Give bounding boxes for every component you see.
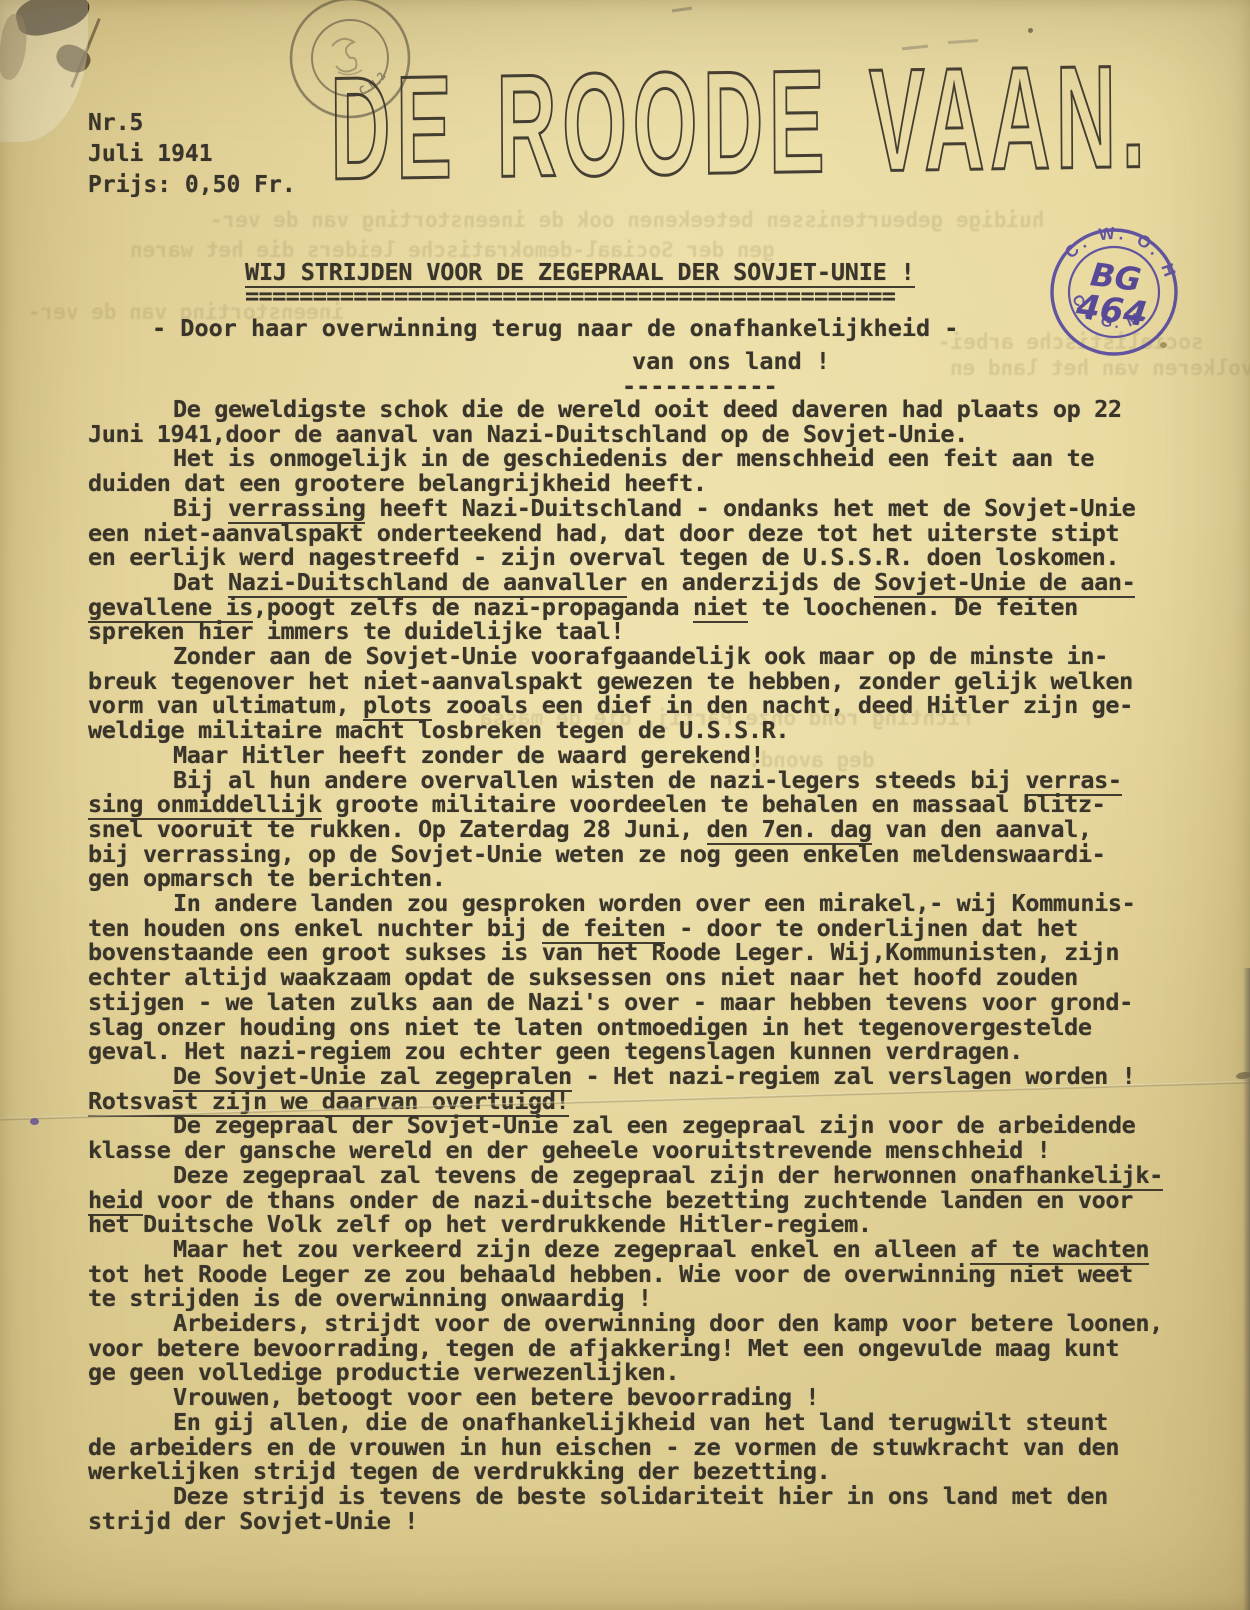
body-line: breuk tegenover het niet-aanvalspakt gew… (88, 669, 1208, 694)
body-line: gen opmarsch te berichten. (88, 866, 1208, 891)
underlined-text: niet (693, 593, 748, 623)
body-line: sing onmiddellijk groote militaire voord… (88, 792, 1208, 817)
pencil-mark (672, 7, 692, 13)
ink-speck (1028, 28, 1033, 33)
body-line: tot het Roode Leger ze zou behaald hebbe… (88, 1262, 1208, 1287)
body-line: Arbeiders, strijdt voor de overwinning d… (88, 1311, 1208, 1336)
body-line: vorm van ultimatum, plots zooals een die… (88, 693, 1208, 718)
body-line: stijgen - we laten zulks aan de Nazi's o… (88, 990, 1208, 1015)
body-line: slag onzer houding ons niet te laten ont… (88, 1015, 1208, 1040)
body-line: Bij al hun andere overvallen wisten de n… (88, 768, 1208, 793)
body-line: Maar het zou verkeerd zijn deze zegepraa… (88, 1237, 1208, 1262)
issue-number: Nr.5 (88, 108, 296, 139)
body-line: te strijden is de overwinning onwaardig … (88, 1286, 1208, 1311)
body-text: De geweldigste schok die de wereld ooit … (88, 397, 1208, 1533)
body-line: duiden dat een grootere belangrijkheid h… (88, 471, 1208, 496)
archive-stamp-number: 464 (1073, 287, 1149, 335)
body-line: Bij verrassing heeft Nazi-Duitschland - … (88, 496, 1208, 521)
body-line: Deze zegepraal zal tevens de zegepraal z… (88, 1163, 1208, 1188)
body-line: De Sovjet-Unie zal zegepralen - Het nazi… (88, 1064, 1208, 1089)
subtitle-line-2: van ons land ! (632, 347, 830, 375)
body-line: Maar Hitler heeft zonder de waard gereke… (88, 743, 1208, 768)
body-line: echter altijd waakzaam opdat de suksesse… (88, 965, 1208, 990)
newspaper-title: DE ROODE VAAN. (330, 43, 1151, 202)
body-line: strijd der Sovjet-Unie ! (88, 1509, 1208, 1534)
issue-date: Juli 1941 (88, 139, 296, 170)
text: te loochenen. De feiten (748, 593, 1078, 621)
body-line: De geweldigste schok die de wereld ooit … (88, 397, 1208, 422)
body-line: klasse der gansche wereld en der geheele… (88, 1138, 1208, 1163)
body-line: en eerlijk werd nagestreefd - zijn overv… (88, 545, 1208, 570)
scanned-newspaper-page: huidige gebeurtenissen beteekenen ook de… (0, 0, 1250, 1610)
body-line: Vrouwen, betoogt voor een betere bevoorr… (88, 1385, 1208, 1410)
body-line: De zegepraal der Sovjet-Unie zal een zeg… (88, 1113, 1208, 1138)
body-line: Dat Nazi-Duitschland de aanvaller en and… (88, 570, 1208, 595)
body-line: ge geen volledige productie verwezenlijk… (88, 1360, 1208, 1385)
body-line: ten houden ons enkel nuchter bij de feit… (88, 916, 1208, 941)
body-line: spreken hier immers te duidelijke taal! (88, 619, 1208, 644)
body-line: Het is onmogelijk in de geschiedenis der… (88, 446, 1208, 471)
body-line: snel vooruit te rukken. Op Zaterdag 28 J… (88, 817, 1208, 842)
headline-rule: ========================================… (245, 282, 895, 310)
text: - Het nazi-regiem zal verslagen worden ! (572, 1062, 1136, 1090)
body-line: In andere landen zou gesproken worden ov… (88, 891, 1208, 916)
masthead-issue-block: Nr.5 Juli 1941 Prijs: 0,50 Fr. (88, 108, 296, 201)
text: Dat (173, 568, 228, 596)
subtitle-line-1: - Door haar overwinning terug naar de on… (152, 314, 958, 342)
body-line: Deze strijd is tevens de beste solidarit… (88, 1484, 1208, 1509)
body-line: bovenstaande een groot sukses is van het… (88, 940, 1208, 965)
body-line: voor betere bevoorrading, tegen de afjak… (88, 1336, 1208, 1361)
body-line: heid voor de thans onder de nazi-duitsch… (88, 1188, 1208, 1213)
body-line: weldige militaire macht losbreken tegen … (88, 718, 1208, 743)
body-line: Juni 1941,door de aanval van Nazi-Duitsc… (88, 422, 1208, 447)
bleedthrough-text: huidige gebeurtenissen beteekenen ook de… (210, 208, 1044, 232)
text: strijd der Sovjet-Unie ! (88, 1507, 418, 1535)
body-line: Zonder aan de Sovjet-Unie voorafgaandeli… (88, 644, 1208, 669)
body-line: geval. Het nazi-regiem zou echter geen t… (88, 1039, 1208, 1064)
body-line: bij verrassing, op de Sovjet-Unie weten … (88, 842, 1208, 867)
issue-price: Prijs: 0,50 Fr. (88, 170, 296, 201)
body-line: een niet-aanvalspakt onderteekend had, d… (88, 521, 1208, 546)
paper-tear-highlight (0, 0, 88, 142)
body-line: het Duitsche Volk zelf op het verdrukken… (88, 1212, 1208, 1237)
purple-ink-dot (30, 1118, 39, 1125)
scan-edge-shadow (1243, 968, 1250, 1610)
body-line: En gij allen, die de onafhankelijkheid v… (88, 1410, 1208, 1435)
body-line: werkelijken strijd tegen de verdrukking … (88, 1459, 1208, 1484)
body-line: gevallene is,poogt zelfs de nazi-propaga… (88, 595, 1208, 620)
body-line: de arbeiders en de vrouwen in hun eische… (88, 1435, 1208, 1460)
